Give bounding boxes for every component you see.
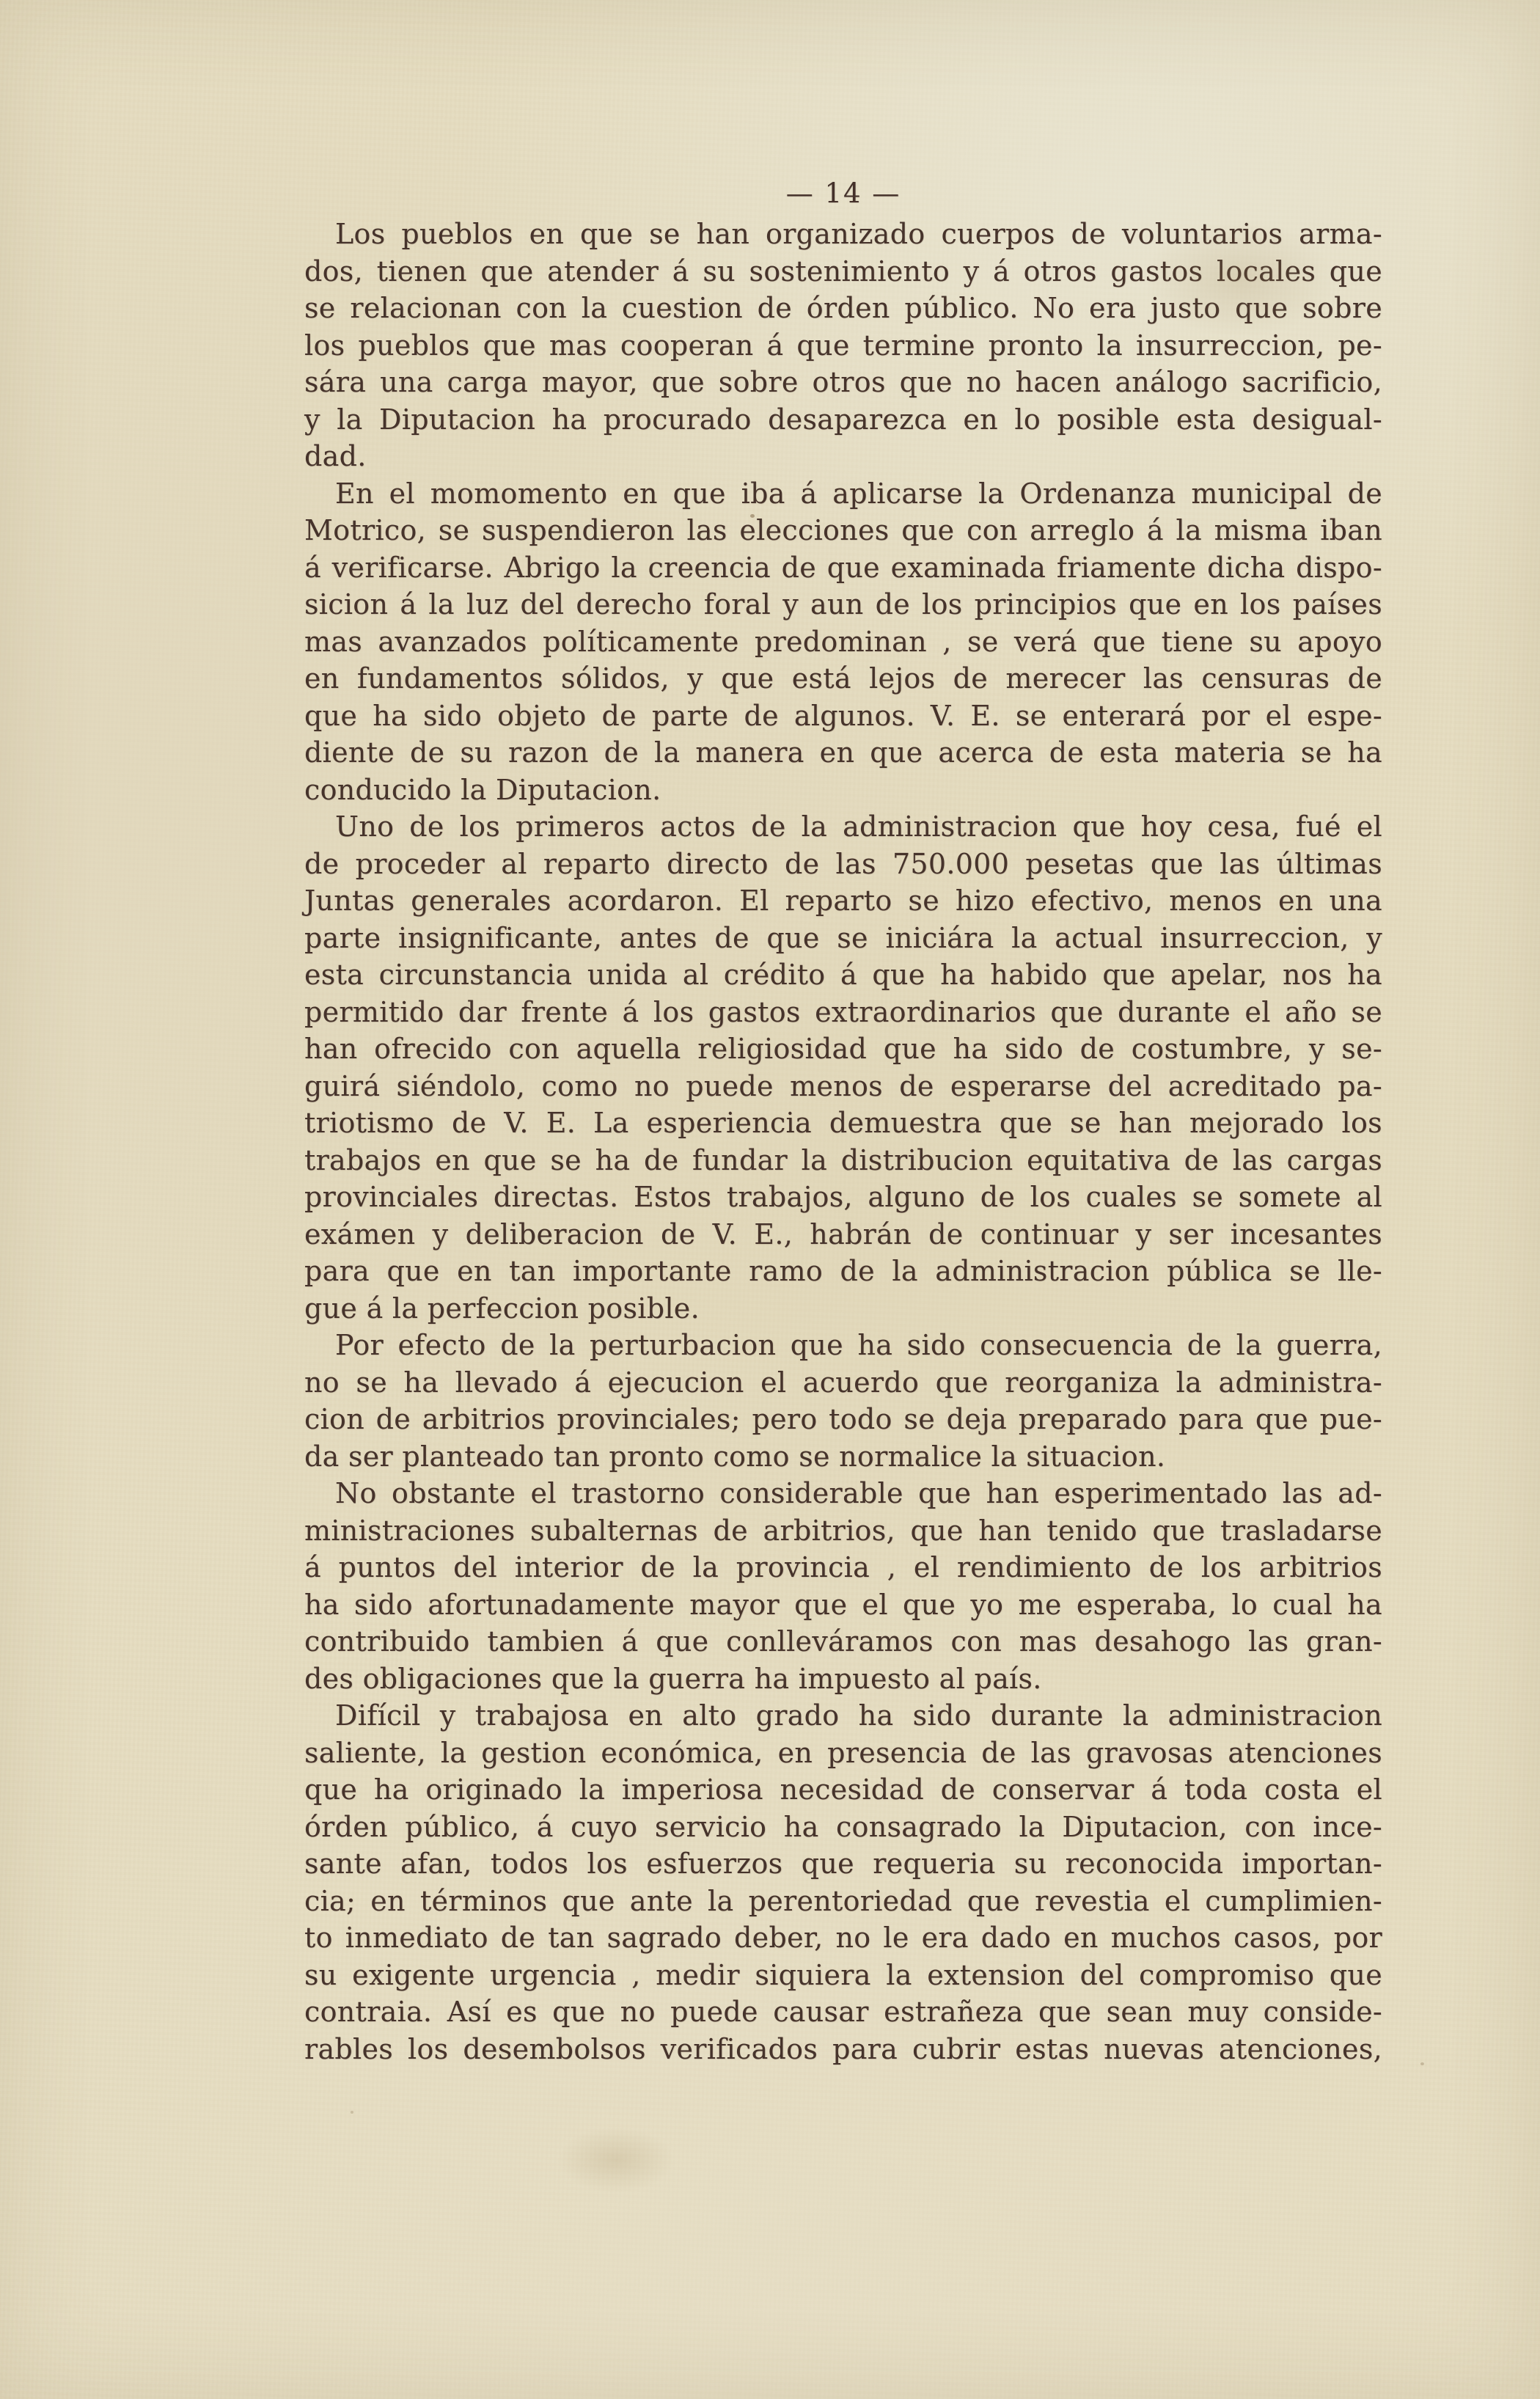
text-line: no se ha llevado á ejecucion el acuerdo … [304, 1364, 1382, 1402]
text-line: han ofrecido con aquella religiosidad qu… [304, 1030, 1382, 1068]
text-line: ministraciones subalternas de arbitrios,… [304, 1512, 1382, 1550]
text-line: su exigente urgencia , medir siquiera la… [304, 1957, 1382, 1994]
text-line: da ser planteado tan pronto como se norm… [304, 1438, 1382, 1476]
paper-stain [1144, 220, 1335, 337]
text-line: Difícil y trabajosa en alto grado ha sid… [304, 1697, 1382, 1735]
text-line: mas avanzados políticamente predominan ,… [304, 623, 1382, 661]
scanned-document-page: — 14 — Los pueblos en que se han organiz… [0, 0, 1540, 2399]
text-line: á puntos del interior de la provincia , … [304, 1549, 1382, 1586]
text-line: esta circunstancia unida al crédito á qu… [304, 956, 1382, 994]
page-number-header: — 14 — [304, 177, 1382, 209]
text-line: rables los desembolsos verificados para … [304, 2031, 1382, 2068]
text-line: en fundamentos sólidos, y que está lejos… [304, 660, 1382, 697]
paragraph: Difícil y trabajosa en alto grado ha sid… [304, 1697, 1382, 2067]
text-line: órden público, á cuyo servicio ha consag… [304, 1809, 1382, 1846]
text-line: exámen y deliberacion de V. E., habrán d… [304, 1216, 1382, 1253]
text-line: contribuido tambien á que conlleváramos … [304, 1623, 1382, 1660]
paragraph: Uno de los primeros actos de la administ… [304, 808, 1382, 1327]
text-line: permitido dar frente á los gastos extrao… [304, 994, 1382, 1031]
text-line: que ha originado la imperiosa necesidad … [304, 1771, 1382, 1809]
text-line: cion de arbitrios provinciales; pero tod… [304, 1401, 1382, 1438]
paper-stain [557, 2127, 675, 2193]
text-line: á verificarse. Abrigo la creencia de que… [304, 549, 1382, 587]
text-line: cia; en términos que ante la perentoried… [304, 1883, 1382, 1920]
text-line: parte insignificante, antes de que se in… [304, 920, 1382, 957]
paragraph: En el momomento en que iba á aplicarse l… [304, 475, 1382, 809]
text-line: gue á la perfeccion posible. [304, 1290, 1382, 1327]
text-line: triotismo de V. E. La esperiencia demues… [304, 1105, 1382, 1142]
paper-speck [351, 2111, 353, 2114]
text-line: sára una carga mayor, que sobre otros qu… [304, 364, 1382, 401]
text-line: diente de su razon de la manera en que a… [304, 734, 1382, 772]
text-line: Motrico, se suspendieron las elecciones … [304, 512, 1382, 549]
text-line: sante afan, todos los esfuerzos que requ… [304, 1845, 1382, 1883]
body-text-block: Los pueblos en que se han organizado cue… [304, 216, 1382, 2067]
text-line: des obligaciones que la guerra ha impues… [304, 1660, 1382, 1698]
text-line: de proceder al reparto directo de las 75… [304, 846, 1382, 883]
text-line: trabajos en que se ha de fundar la distr… [304, 1142, 1382, 1179]
paper-speck [750, 514, 755, 518]
text-line: contraia. Así es que no puede causar est… [304, 1993, 1382, 2031]
text-line: Uno de los primeros actos de la administ… [304, 808, 1382, 846]
text-line: No obstante el trastorno considerable qu… [304, 1475, 1382, 1512]
text-line: sicion á la luz del derecho foral y aun … [304, 586, 1382, 623]
text-line: dad. [304, 438, 1382, 475]
text-line: y la Diputacion ha procurado desaparezca… [304, 401, 1382, 439]
text-line: Por efecto de la perturbacion que ha sid… [304, 1327, 1382, 1364]
text-line: ha sido afortunadamente mayor que el que… [304, 1586, 1382, 1624]
text-line: para que en tan importante ramo de la ad… [304, 1253, 1382, 1290]
text-line: Juntas generales acordaron. El reparto s… [304, 882, 1382, 920]
text-line: conducido la Diputacion. [304, 772, 1382, 809]
text-line: guirá siéndolo, como no puede menos de e… [304, 1068, 1382, 1105]
paragraph: No obstante el trastorno considerable qu… [304, 1475, 1382, 1697]
paragraph: Por efecto de la perturbacion que ha sid… [304, 1327, 1382, 1475]
text-line: to inmediato de tan sagrado deber, no le… [304, 1919, 1382, 1957]
text-line: provinciales directas. Estos trabajos, a… [304, 1179, 1382, 1216]
text-line: En el momomento en que iba á aplicarse l… [304, 475, 1382, 513]
text-line: que ha sido objeto de parte de algunos. … [304, 697, 1382, 735]
paper-speck [1420, 2062, 1424, 2065]
text-line: saliente, la gestion económica, en prese… [304, 1735, 1382, 1772]
